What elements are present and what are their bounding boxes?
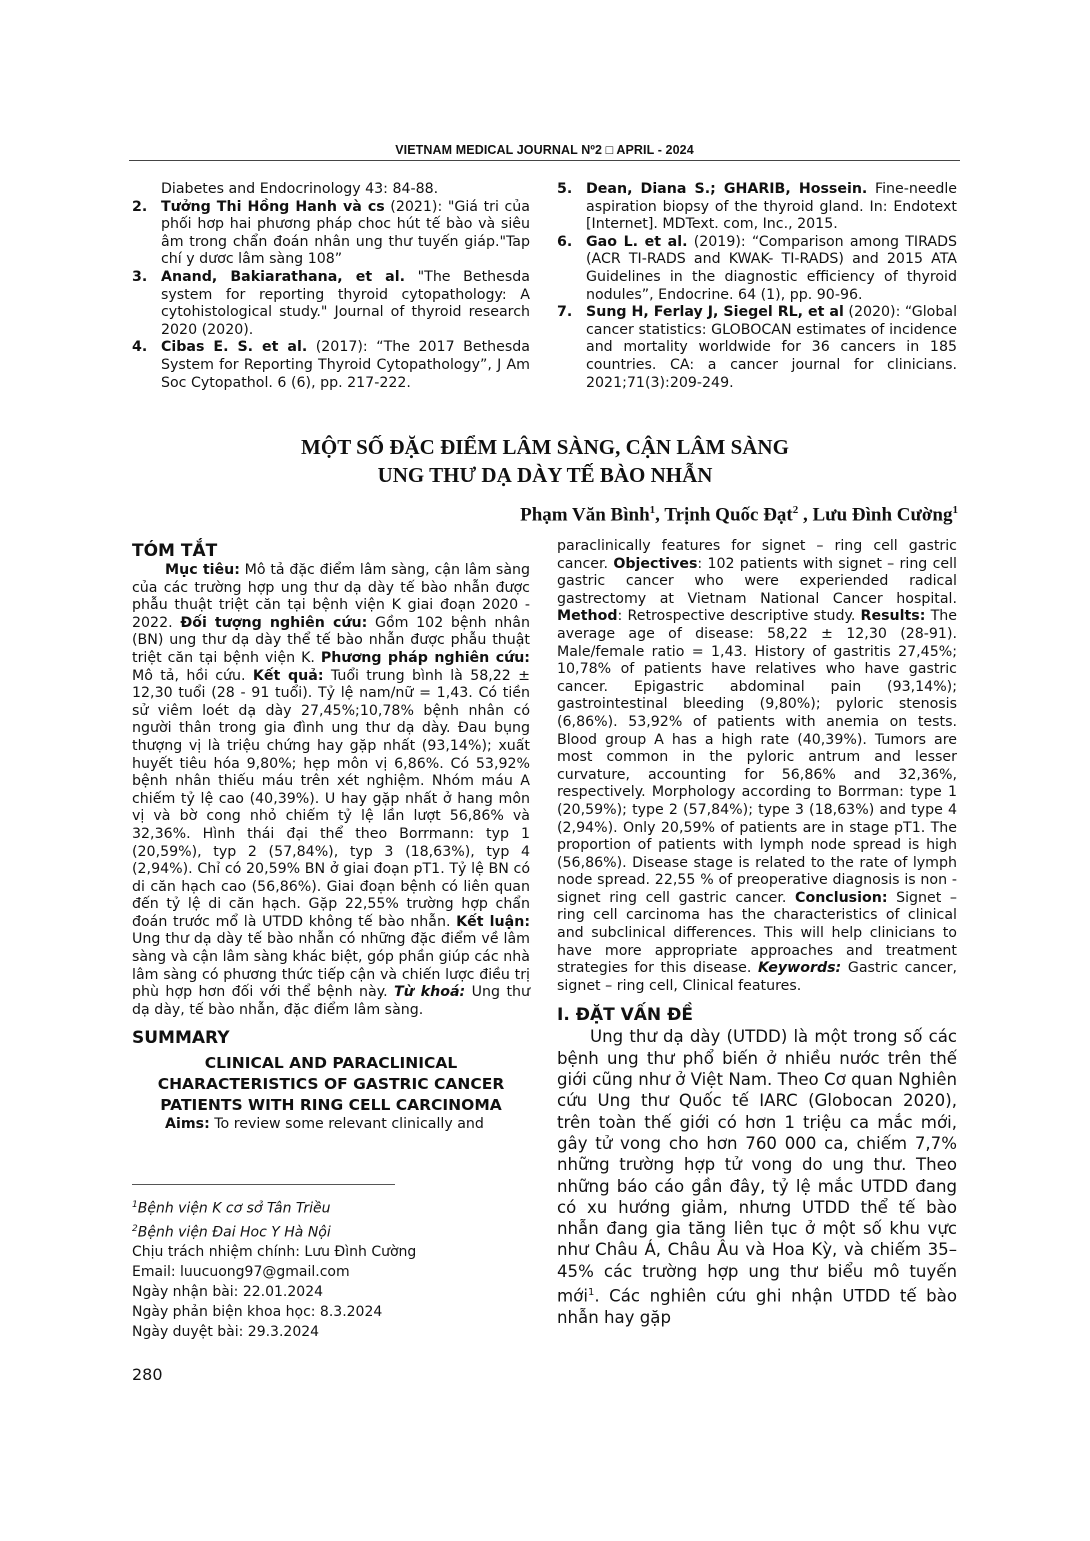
reference-number: 7. bbox=[557, 304, 572, 322]
summary-text: : Retrospective descriptive study. bbox=[618, 608, 861, 624]
label-aims: Aims: bbox=[165, 1116, 210, 1132]
affiliation-2: 2Bệnh viện Đai Hoc Y Hà Nội bbox=[132, 1219, 532, 1243]
abstract-vi-heading: TÓM TẮT bbox=[132, 540, 530, 562]
reference-authors: Sung H, Ferlay J, Siegel RL, et al bbox=[586, 304, 844, 320]
date-reviewed: Ngày phản biện khoa học: 8.3.2024 bbox=[132, 1302, 532, 1322]
introduction-text: . Các nghiên cứu ghi nhận UTDD tế bào nh… bbox=[557, 1287, 957, 1327]
author-list: Phạm Văn Bình1, Trịnh Quốc Đạt2 , Lưu Đì… bbox=[380, 504, 958, 526]
label-method: Phương pháp nghiên cứu: bbox=[321, 650, 530, 666]
reference-item: 3.Anand, Bakiarathana, et al. "The Bethe… bbox=[132, 269, 530, 339]
running-head: VIETNAM MEDICAL JOURNAL Nº2 □ APRIL - 20… bbox=[129, 143, 960, 157]
author-name: Phạm Văn Bình bbox=[520, 504, 650, 525]
reference-item: 7.Sung H, Ferlay J, Siegel RL, et al (20… bbox=[557, 304, 957, 392]
label-keywords: Từ khoá: bbox=[394, 984, 465, 1000]
reference-number: 6. bbox=[557, 234, 572, 252]
author-name: Trịnh Quốc Đạt bbox=[664, 504, 792, 525]
reference-text: Diabetes and Endocrinology 43: 84-88. bbox=[161, 181, 438, 197]
reference-number: 5. bbox=[557, 181, 572, 199]
article-title: MỘT SỐ ĐẶC ĐIỂM LÂM SÀNG, CẬN LÂM SÀNG U… bbox=[200, 433, 890, 489]
label-conclusion: Conclusion: bbox=[795, 890, 887, 906]
abstract-vi-body: Mục tiêu: Mô tả đặc điểm lâm sàng, cận l… bbox=[132, 562, 530, 1019]
reference-item: 5.Dean, Diana S.; GHARIB, Hossein. Fine-… bbox=[557, 181, 957, 234]
summary-text: To review some relevant clinically and bbox=[210, 1116, 484, 1132]
label-subjects: Đối tượng nghiên cứu: bbox=[180, 615, 367, 631]
contact-email: Email: luucuong97@gmail.com bbox=[132, 1262, 532, 1282]
author-separator: , bbox=[798, 504, 812, 525]
header-rule bbox=[129, 160, 960, 161]
reference-item: 4.Cibas E. S. et al. (2017): “The 2017 B… bbox=[132, 339, 530, 392]
affiliation-text: Bệnh viện K cơ sở Tân Triều bbox=[138, 1201, 331, 1217]
references-right: 5.Dean, Diana S.; GHARIB, Hossein. Fine-… bbox=[557, 181, 957, 392]
label-objective: Mục tiêu: bbox=[165, 562, 240, 578]
summary-body: paraclinically features for signet – rin… bbox=[557, 538, 957, 995]
label-conclusion: Kết luận: bbox=[456, 914, 530, 930]
article-title-line-2: UNG THƯ DẠ DÀY TẾ BÀO NHẪN bbox=[200, 461, 890, 489]
author-affiliation-mark: 1 bbox=[953, 504, 959, 516]
reference-authors: Anand, Bakiarathana, et al. bbox=[161, 269, 405, 285]
summary-title: CLINICAL AND PARACLINICAL CHARACTERISTIC… bbox=[132, 1053, 530, 1116]
reference-authors: Tưởng Thi Hồng Hanh và cs bbox=[161, 199, 385, 215]
author-name: Lưu Đình Cường bbox=[813, 504, 953, 525]
reference-continuation: Diabetes and Endocrinology 43: 84-88. bbox=[132, 181, 530, 199]
footnotes: 1Bệnh viện K cơ sở Tân Triều 2Bệnh viện … bbox=[132, 1195, 532, 1342]
label-results: Kết quả: bbox=[253, 668, 324, 684]
date-received: Ngày nhận bài: 22.01.2024 bbox=[132, 1282, 532, 1302]
introduction-heading: I. ĐẶT VẤN ĐỀ bbox=[557, 1004, 957, 1026]
affiliation-text: Bệnh viện Đai Hoc Y Hà Nội bbox=[138, 1224, 331, 1240]
references-left: Diabetes and Endocrinology 43: 84-88. 2.… bbox=[132, 181, 530, 392]
summary-text: The average age of disease: 58,22 ± 12,3… bbox=[557, 608, 957, 906]
reference-authors: Gao L. et al. bbox=[586, 234, 688, 250]
reference-number: 2. bbox=[132, 199, 147, 217]
journal-page: VIETNAM MEDICAL JOURNAL Nº2 □ APRIL - 20… bbox=[0, 0, 1090, 1541]
corresponding-author: Chịu trách nhiệm chính: Lưu Đình Cường bbox=[132, 1242, 532, 1262]
footnote-rule bbox=[132, 1184, 395, 1185]
abstract-text: Tuổi trung bình là 58,22 ± 12,30 tuổi (2… bbox=[132, 668, 530, 930]
reference-authors: Cibas E. S. et al. bbox=[161, 339, 307, 355]
page-number: 280 bbox=[132, 1365, 163, 1384]
abstract-text: Mô tả, hồi cứu. bbox=[132, 668, 253, 684]
label-results: Results: bbox=[861, 608, 926, 624]
label-keywords: Keywords: bbox=[758, 960, 841, 976]
label-method: Method bbox=[557, 608, 618, 624]
summary-right-column: paraclinically features for signet – rin… bbox=[557, 538, 957, 1328]
reference-number: 3. bbox=[132, 269, 147, 287]
reference-authors: Dean, Diana S.; GHARIB, Hossein. bbox=[586, 181, 867, 197]
article-title-line-1: MỘT SỐ ĐẶC ĐIỂM LÂM SÀNG, CẬN LÂM SÀNG bbox=[200, 433, 890, 461]
date-accepted: Ngày duyệt bài: 29.3.2024 bbox=[132, 1322, 532, 1342]
reference-item: 6.Gao L. et al. (2019): “Comparison amon… bbox=[557, 234, 957, 304]
reference-number: 4. bbox=[132, 339, 147, 357]
label-objectives: Objectives bbox=[613, 556, 697, 572]
reference-item: 2.Tưởng Thi Hồng Hanh và cs (2021): "Giá… bbox=[132, 199, 530, 269]
introduction-text: Ung thư dạ dày (UTDD) là một trong số cá… bbox=[557, 1027, 957, 1305]
affiliation-1: 1Bệnh viện K cơ sở Tân Triều bbox=[132, 1195, 532, 1219]
summary-aims: Aims: To review some relevant clinically… bbox=[132, 1116, 530, 1134]
author-separator: , bbox=[655, 504, 664, 525]
abstract-left-column: TÓM TẮT Mục tiêu: Mô tả đặc điểm lâm sàn… bbox=[132, 540, 530, 1134]
summary-heading: SUMMARY bbox=[132, 1027, 530, 1049]
introduction-body: Ung thư dạ dày (UTDD) là một trong số cá… bbox=[557, 1026, 957, 1328]
